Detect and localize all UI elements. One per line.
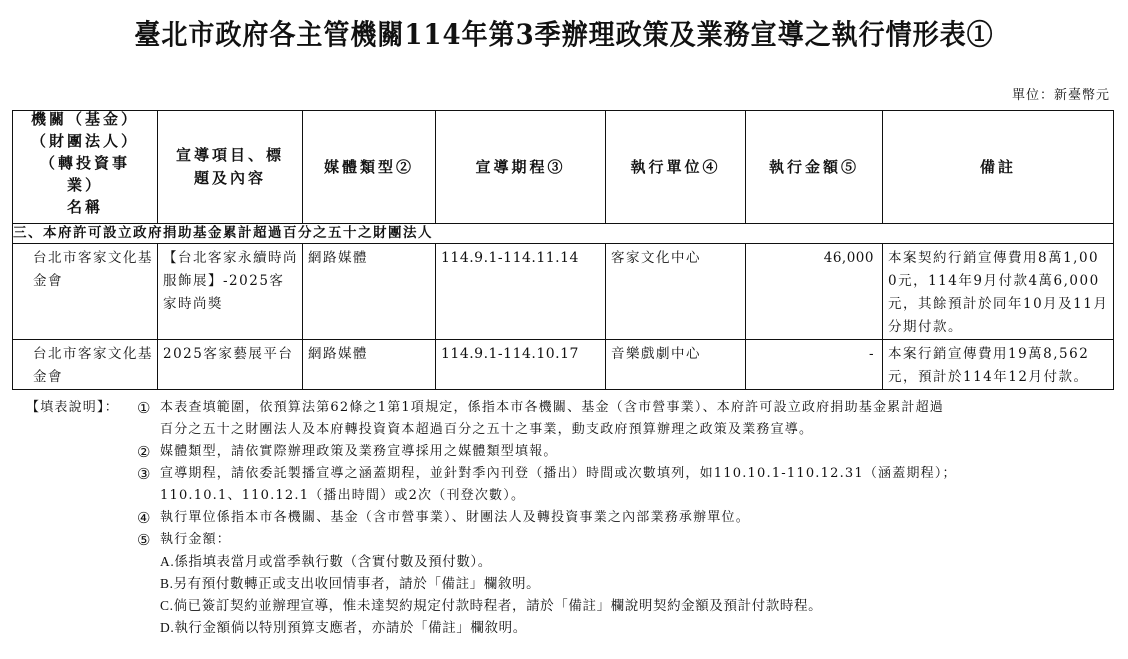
- currency-unit-label: 單位：新臺幣元: [1012, 84, 1110, 103]
- note-text: 執行單位係指本市各機關、基金（含市營事業）、財團法人及轉投資事業之內部業務承辦單…: [160, 507, 750, 529]
- note-marker: ②: [137, 441, 152, 463]
- table-row: 台北市客家文化基金會 【台北客家永續時尚服飾展】-2025客家時尚獎 網路媒體 …: [13, 244, 1114, 340]
- note-sub-text: A.係指填表當月或當季執行數（含實付數及預付數）。: [160, 551, 492, 573]
- cell-period: 114.9.1-114.11.14: [436, 244, 606, 340]
- note-text: 本表查填範圍，依預算法第62條之1第1項規定，係指本市各機關、基金（含市營事業）…: [160, 397, 944, 419]
- header-item-line: 宣導項目、標: [158, 144, 302, 167]
- note-marker: ③: [137, 463, 152, 485]
- header-period: 宣導期程③: [436, 111, 606, 224]
- header-org-line: （轉投資事: [13, 152, 157, 174]
- note-text: 執行金額：: [160, 529, 231, 551]
- header-media-type: 媒體類型②: [303, 111, 436, 224]
- note-text: 百分之五十之財團法人及本府轉投資資本超過百分之五十之事業，動支政府預算辦理之政策…: [160, 419, 813, 441]
- note-marker: ⑤: [137, 529, 152, 551]
- cell-remark: 本案行銷宣傳費用19萬8,562元，預計於114年12月付款。: [883, 340, 1114, 390]
- cell-amount: -: [746, 340, 883, 390]
- execution-table: 機關（基金） （財團法人） （轉投資事 業） 名稱 宣導項目、標 題及內容 媒體…: [12, 110, 1114, 390]
- note-marker: ④: [137, 507, 152, 529]
- cell-remark: 本案契約行銷宣傳費用8萬1,000元，114年9月付款4萬6,000元，其餘預計…: [883, 244, 1114, 340]
- cell-exec-unit: 客家文化中心: [606, 244, 746, 340]
- cell-period: 114.9.1-114.10.17: [436, 340, 606, 390]
- cell-item: 2025客家藝展平台: [158, 340, 303, 390]
- cell-org: 台北市客家文化基金會: [13, 244, 158, 340]
- note-marker: ①: [137, 397, 152, 419]
- header-org-line: 業）: [13, 174, 157, 196]
- page-title: 臺北市政府各主管機關114年第3季辦理政策及業務宣導之執行情形表①: [0, 13, 1128, 53]
- note-text: 110.10.1、110.12.1（播出時間）或2次（刊登次數）。: [160, 485, 525, 507]
- header-item-line: 題及內容: [158, 167, 302, 190]
- cell-amount: 46,000: [746, 244, 883, 340]
- notes-label: 【填表說明】：: [26, 397, 119, 419]
- note-sub-text: D.執行金額倘以特別預算支應者，亦請於「備註」欄敘明。: [160, 617, 527, 639]
- section-row: 三、本府許可設立政府捐助基金累計超過百分之五十之財團法人: [13, 224, 1114, 244]
- cell-media: 網路媒體: [303, 244, 436, 340]
- note-sub-text: C.倘已簽訂契約並辦理宣導，惟未達契約規定付款時程者，請於「備註」欄說明契約金額…: [160, 595, 822, 617]
- document-page: 臺北市政府各主管機關114年第3季辦理政策及業務宣導之執行情形表① 單位：新臺幣…: [0, 0, 1128, 659]
- header-org-line: （財團法人）: [13, 130, 157, 152]
- cell-media: 網路媒體: [303, 340, 436, 390]
- note-text: 宣導期程，請依委託製播宣導之涵蓋期程，並針對季內刊登（播出）時間或次數填列，如1…: [160, 463, 957, 485]
- note-text: 媒體類型，請依實際辦理政策及業務宣導採用之媒體類型填報。: [160, 441, 558, 463]
- header-exec-unit: 執行單位④: [606, 111, 746, 224]
- table-header-row: 機關（基金） （財團法人） （轉投資事 業） 名稱 宣導項目、標 題及內容 媒體…: [13, 111, 1114, 224]
- header-org-line: 機關（基金）: [13, 111, 157, 131]
- note-sub-text: B.另有預付數轉正或支出收回情事者，請於「備註」欄敘明。: [160, 573, 540, 595]
- cell-exec-unit: 音樂戲劇中心: [606, 340, 746, 390]
- section-title: 三、本府許可設立政府捐助基金累計超過百分之五十之財團法人: [13, 224, 1114, 244]
- header-org-line: 名稱: [13, 196, 157, 218]
- header-item: 宣導項目、標 題及內容: [158, 111, 303, 224]
- header-amount: 執行金額⑤: [746, 111, 883, 224]
- cell-org: 台北市客家文化基金會: [13, 340, 158, 390]
- cell-item: 【台北客家永續時尚服飾展】-2025客家時尚獎: [158, 244, 303, 340]
- table-row: 台北市客家文化基金會 2025客家藝展平台 網路媒體 114.9.1-114.1…: [13, 340, 1114, 390]
- header-org-name: 機關（基金） （財團法人） （轉投資事 業） 名稱: [13, 111, 158, 224]
- header-remark: 備註: [883, 111, 1114, 224]
